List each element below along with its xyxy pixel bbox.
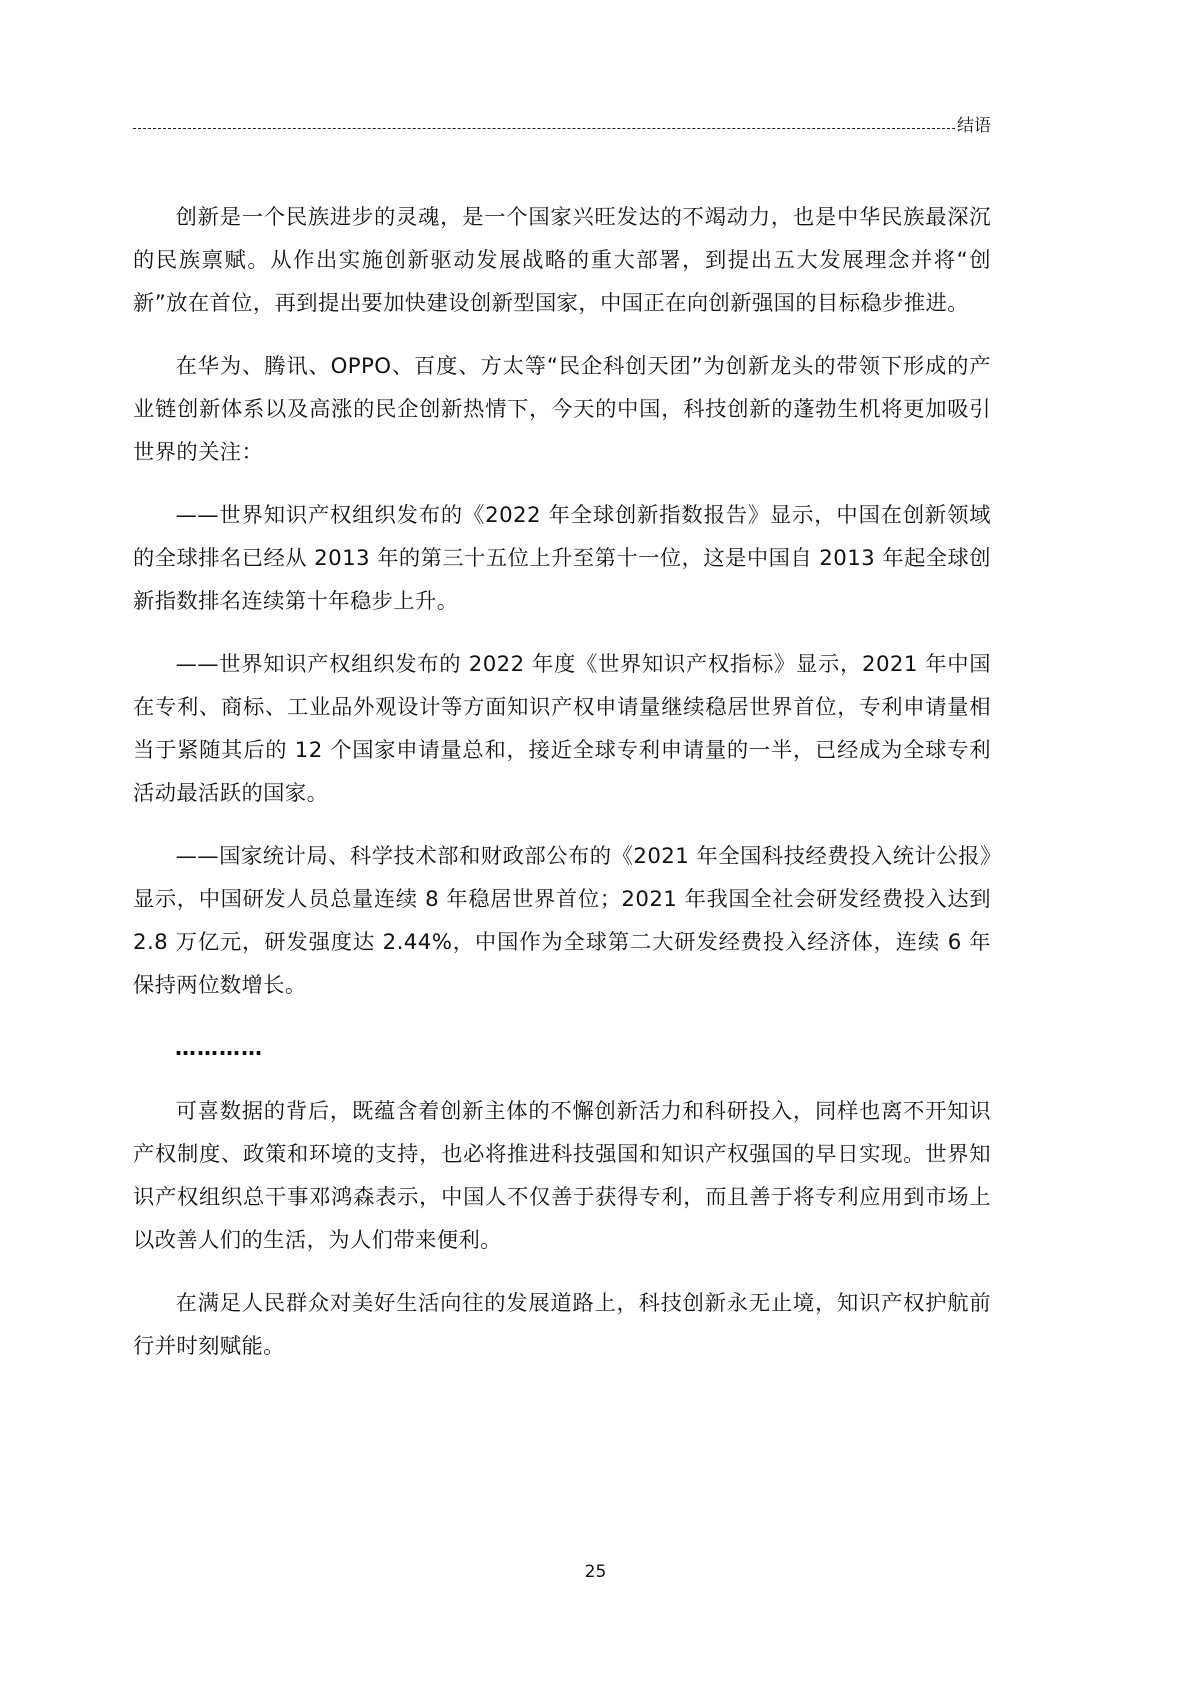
paragraph-global-innovation-index: ——世界知识产权组织发布的《2022 年全球创新指数报告》显示，中国在创新领域的…: [133, 494, 991, 623]
page-body: 创新是一个民族进步的灵魂，是一个国家兴旺发达的不竭动力，也是中华民族最深沉的民族…: [133, 196, 991, 1388]
page-number: 25: [0, 1562, 1191, 1582]
header-section-title: 结语: [957, 116, 991, 136]
paragraph-private-enterprises: 在华为、腾讯、OPPO、百度、方太等“民企科创天团”为创新龙头的带领下形成的产业…: [133, 345, 991, 474]
paragraph-innovation-soul: 创新是一个民族进步的灵魂，是一个国家兴旺发达的不竭动力，也是中华民族最深沉的民族…: [133, 196, 991, 325]
running-header: 结语: [133, 112, 991, 136]
ellipsis-separator: …………: [133, 1027, 991, 1070]
paragraph-behind-the-data: 可喜数据的背后，既蕴含着创新主体的不懈创新活力和科研投入，同样也离不开知识产权制…: [133, 1090, 991, 1262]
header-dashed-rule: [133, 128, 955, 129]
paragraph-conclusion: 在满足人民群众对美好生活向往的发展道路上，科技创新永无止境，知识产权护航前行并时…: [133, 1282, 991, 1368]
paragraph-rd-expenditure: ——国家统计局、科学技术部和财政部公布的《2021 年全国科技经费投入统计公报》…: [133, 835, 991, 1007]
paragraph-ip-indicators: ——世界知识产权组织发布的 2022 年度《世界知识产权指标》显示，2021 年…: [133, 643, 991, 815]
